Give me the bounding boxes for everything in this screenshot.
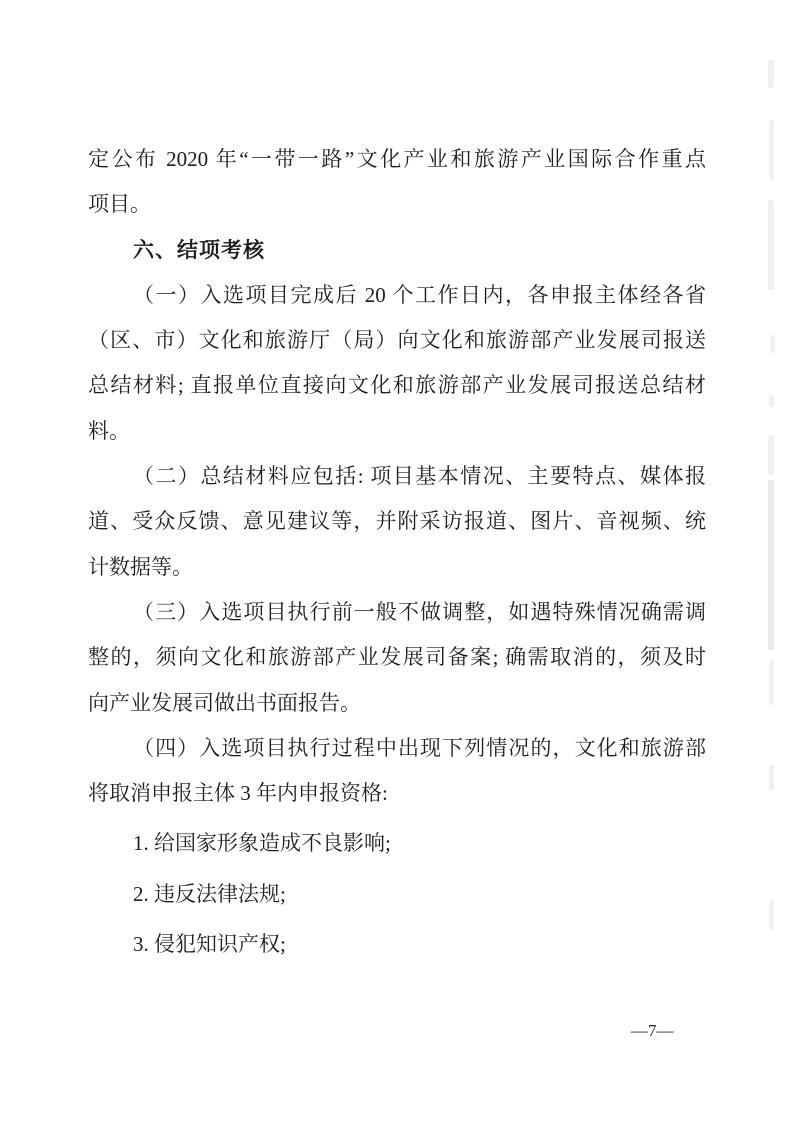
text-line: 向产业发展司做出书面报告。 [88, 681, 706, 726]
list-item-line: 1. 给国家形象造成不良影响; [88, 821, 706, 866]
scan-artifact [770, 335, 775, 353]
text-line: 道、受众反馈、意见建议等，并附采访报道、图片、音视频、统 [88, 499, 706, 544]
text-line: （四）入选项目执行过程中出现下列情况的，文化和旅游部 [88, 726, 706, 771]
scan-artifact [768, 200, 774, 290]
text-line: 总结材料; 直报单位直接向文化和旅游部产业发展司报送总结材 [88, 363, 706, 408]
scan-artifact [768, 60, 774, 88]
scan-artifact [769, 395, 774, 407]
text-line: 项目。 [88, 182, 706, 227]
scan-artifact [769, 765, 774, 790]
document-page: 定公布 2020 年“一带一路”文化产业和旅游产业国际合作重点项目。六、结项考核… [0, 0, 793, 1122]
page-number: —7— [631, 1020, 674, 1042]
text-line: 整的，须向文化和旅游部产业发展司备案; 确需取消的，须及时 [88, 635, 706, 680]
text-line: （二）总结材料应包括: 项目基本情况、主要特点、媒体报 [88, 454, 706, 499]
text-line: 将取消申报主体 3 年内申报资格: [88, 771, 706, 816]
scan-artifact [768, 435, 774, 475]
scan-artifact [769, 120, 774, 180]
list-item-line: 2. 违反法律法规; [88, 872, 706, 917]
text-line: 料。 [88, 409, 706, 454]
text-line: 定公布 2020 年“一带一路”文化产业和旅游产业国际合作重点 [88, 137, 706, 182]
text-line: （区、市）文化和旅游厅（局）向文化和旅游部产业发展司报送 [88, 318, 706, 363]
scan-artifact [769, 900, 774, 930]
section-heading: 六、结项考核 [88, 228, 706, 273]
text-line: 计数据等。 [88, 545, 706, 590]
scan-artifact [769, 660, 774, 705]
scan-artifact [768, 480, 774, 650]
list-item-line: 3. 侵犯知识产权; [88, 922, 706, 967]
text-line: （一）入选项目完成后 20 个工作日内，各申报主体经各省 [88, 273, 706, 318]
text-line: （三）入选项目执行前一般不做调整，如遇特殊情况确需调 [88, 590, 706, 635]
document-lines: 定公布 2020 年“一带一路”文化产业和旅游产业国际合作重点项目。六、结项考核… [88, 137, 706, 967]
